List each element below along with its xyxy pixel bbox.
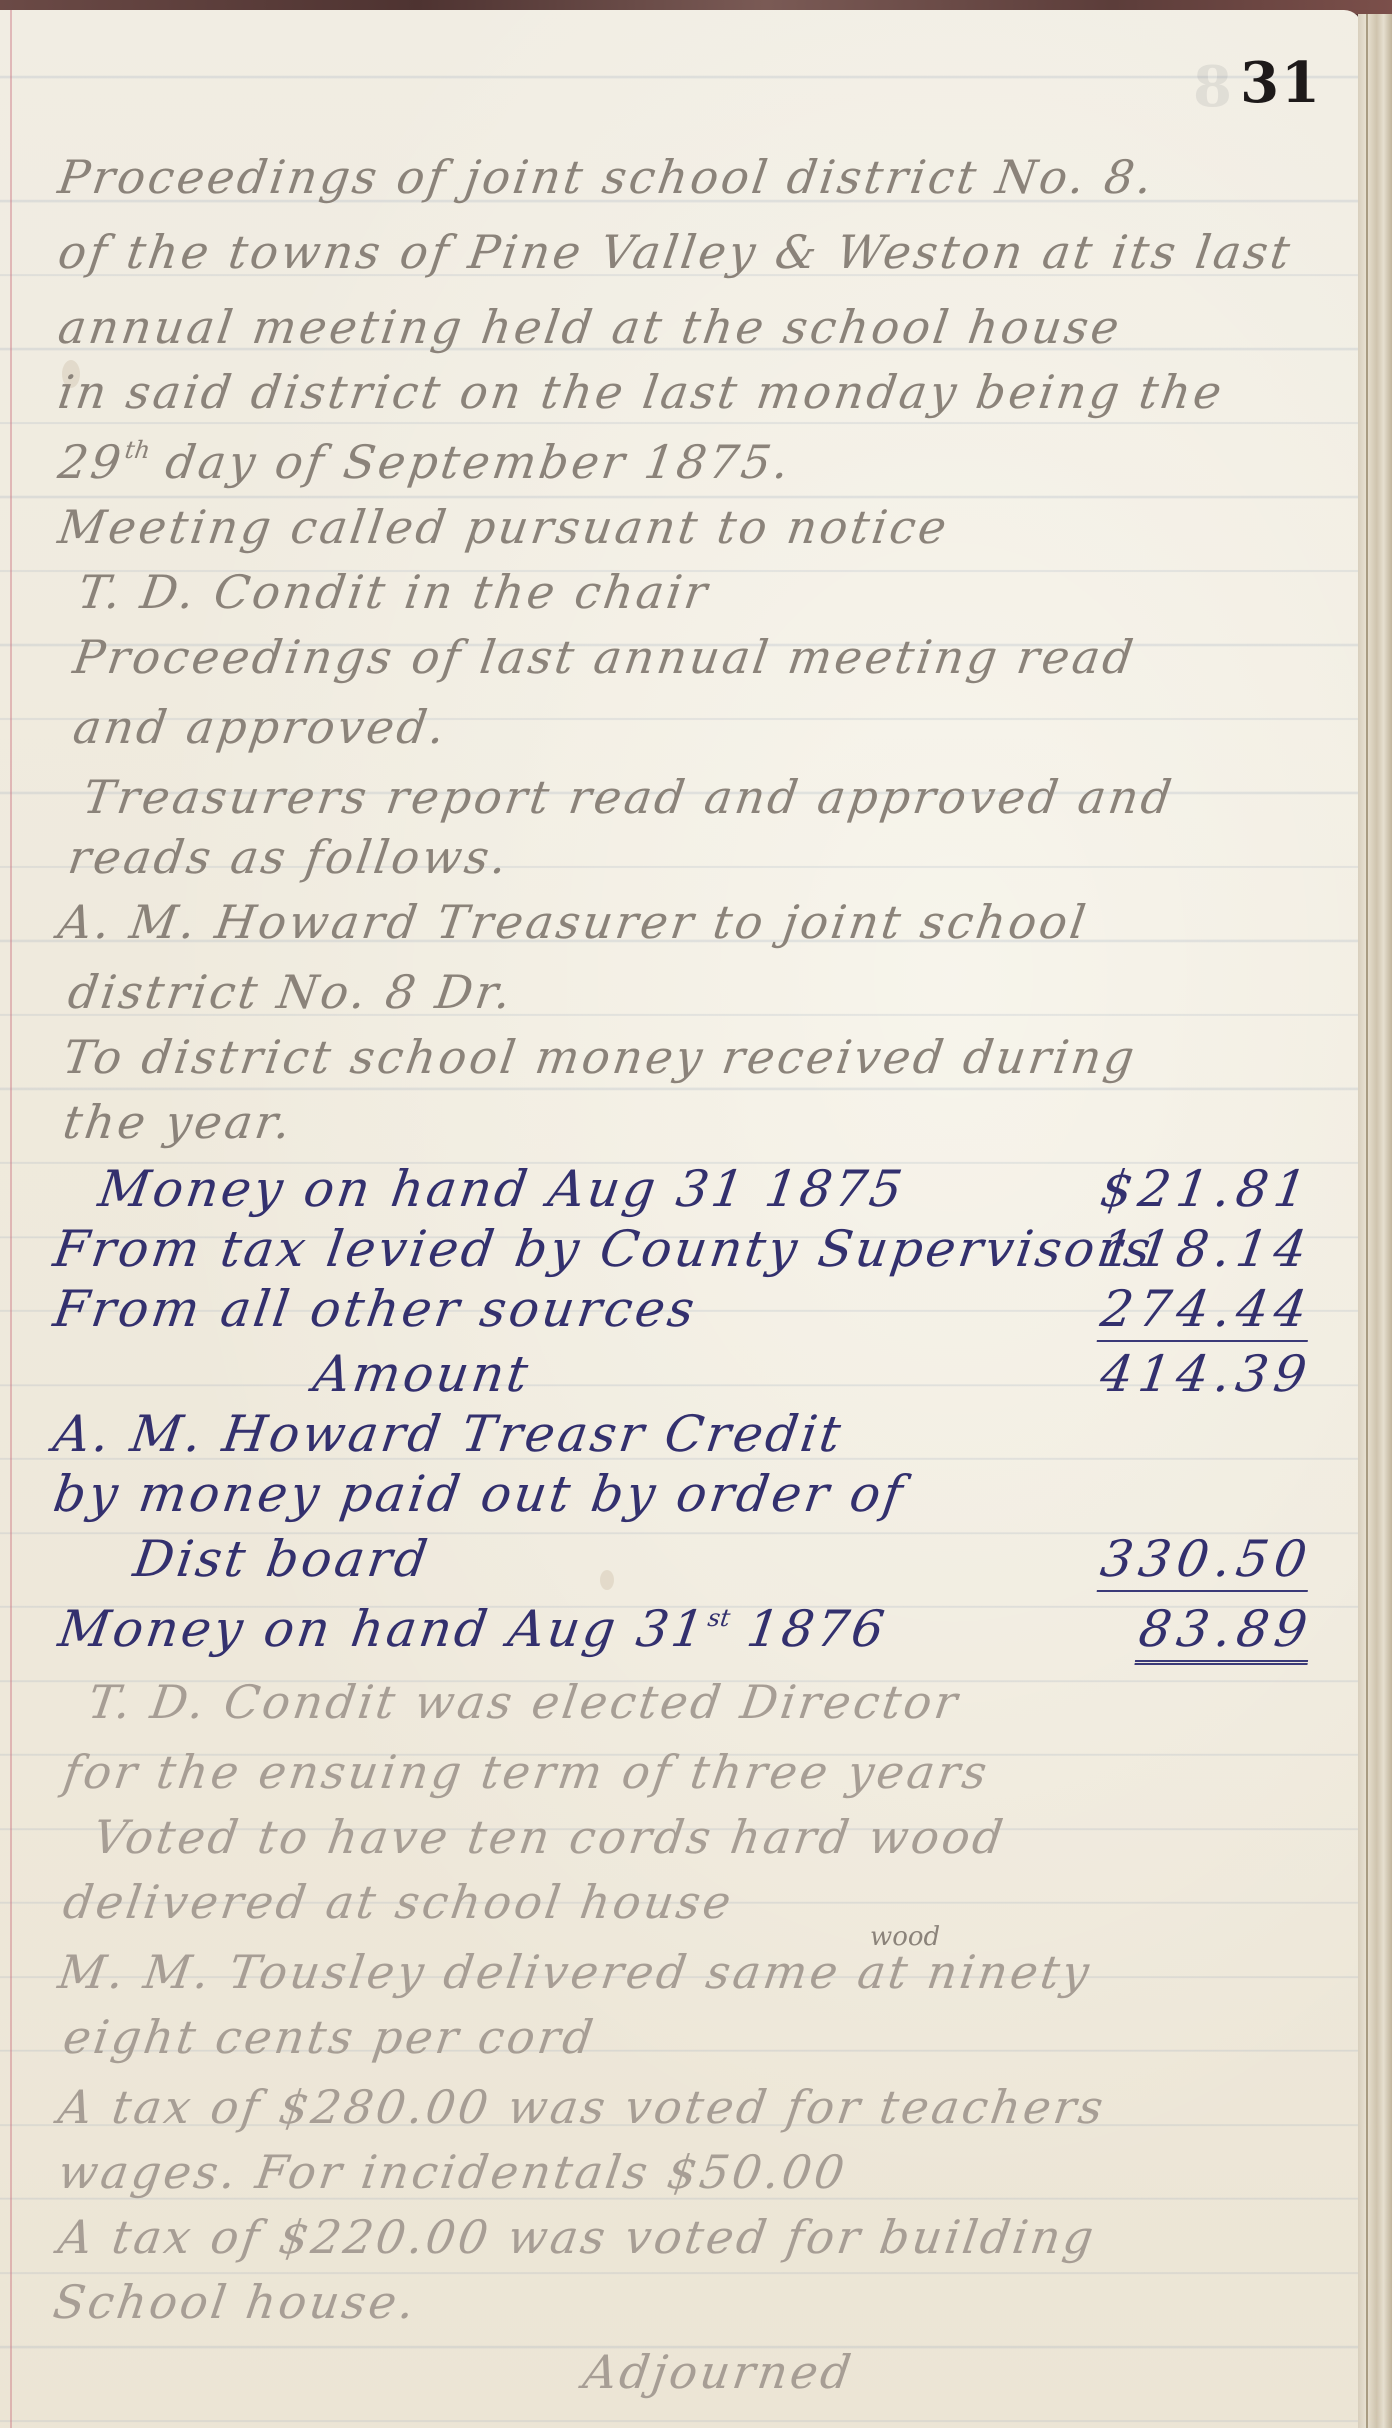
resolution-line-9: A tax of $220.00 was voted for building: [55, 2210, 1100, 2264]
ledger-total-amount: 414.39: [1097, 1345, 1316, 1403]
minutes-line-10: the year.: [60, 1095, 297, 1149]
heading-line-3: annual meeting held at the school house: [55, 300, 1125, 354]
ledger-debit-label-1: Money on hand Aug 31 1875: [95, 1160, 909, 1218]
minutes-line-3: Proceedings of last annual meeting read: [70, 630, 1139, 684]
minutes-line-5: Treasurers report read and approved and: [80, 770, 1178, 824]
ledger-credit-heading-2: by money paid out by order of: [50, 1465, 909, 1523]
resolution-line-7: A tax of $280.00 was voted for teachers: [55, 2080, 1109, 2134]
resolution-line-6: eight cents per cord: [60, 2010, 599, 2064]
date-day-suffix: th: [123, 436, 152, 464]
minutes-line-4: and approved.: [70, 700, 451, 754]
minutes-line-1: Meeting called pursuant to notice: [55, 500, 953, 554]
minutes-line-7: A. M. Howard Treasurer to joint school: [55, 895, 1092, 949]
book-page-edges: [1358, 14, 1392, 2428]
minutes-text: Proceedings of joint school district No.…: [0, 10, 1362, 2428]
resolution-line-5: M. M. Tousley delivered same at ninety: [55, 1945, 1095, 1999]
closing-adjourned: Adjourned: [580, 2345, 857, 2399]
resolution-line-1: T. D. Condit was elected Director: [85, 1675, 963, 1729]
heading-line-1: Proceedings of joint school district No.…: [55, 150, 1158, 204]
heading-line-4: in said district on the last monday bein…: [55, 365, 1228, 419]
ledger-debit-amount-1: $21.81: [1097, 1160, 1316, 1218]
date-day: 29: [55, 435, 127, 489]
minutes-line-6: reads as follows.: [65, 830, 513, 884]
minutes-line-2: T. D. Condit in the chair: [75, 565, 713, 619]
ledger-credit-label-1: Dist board: [130, 1530, 434, 1588]
ledger-debit-amount-2: 118.14: [1097, 1220, 1316, 1278]
minutes-line-9: To district school money received during: [60, 1030, 1140, 1084]
ledger-debit-amount-3: 274.44: [1097, 1280, 1317, 1342]
balance-label-main: Money on hand Aug 31: [55, 1600, 711, 1658]
ledger-credit-amount-1: 330.50: [1097, 1530, 1317, 1592]
date-rest: day of September 1875.: [162, 435, 795, 489]
ledger-total-label: Amount: [310, 1345, 534, 1403]
resolution-line-10: School house.: [50, 2275, 421, 2329]
ledger-credit-heading-1: A. M. Howard Treasr Credit: [50, 1405, 847, 1463]
heading-line-2: of the towns of Pine Valley & Weston at …: [55, 225, 1296, 279]
ledger-page: 8 31 Proceedings of joint school distric…: [0, 10, 1362, 2428]
ledger-balance-label: Money on hand Aug 31st 1876: [55, 1600, 891, 1658]
ledger-balance-amount: 83.89: [1134, 1600, 1316, 1665]
resolution-line-4: delivered at school house: [60, 1875, 737, 1929]
date-line: 29th day of September 1875.: [55, 435, 795, 489]
balance-label-year: 1876: [743, 1600, 890, 1658]
resolution-line-2: for the ensuing term of three years: [60, 1745, 993, 1799]
ledger-debit-label-2: From tax levied by County Supervisors: [50, 1220, 1157, 1278]
minutes-line-8: district No. 8 Dr.: [65, 965, 517, 1019]
resolution-line-8: wages. For incidentals $50.00: [55, 2145, 851, 2199]
balance-label-suffix: st: [706, 1604, 732, 1632]
ledger-debit-label-3: From all other sources: [50, 1280, 701, 1338]
resolution-line-3: Voted to have ten cords hard wood: [90, 1810, 1009, 1864]
